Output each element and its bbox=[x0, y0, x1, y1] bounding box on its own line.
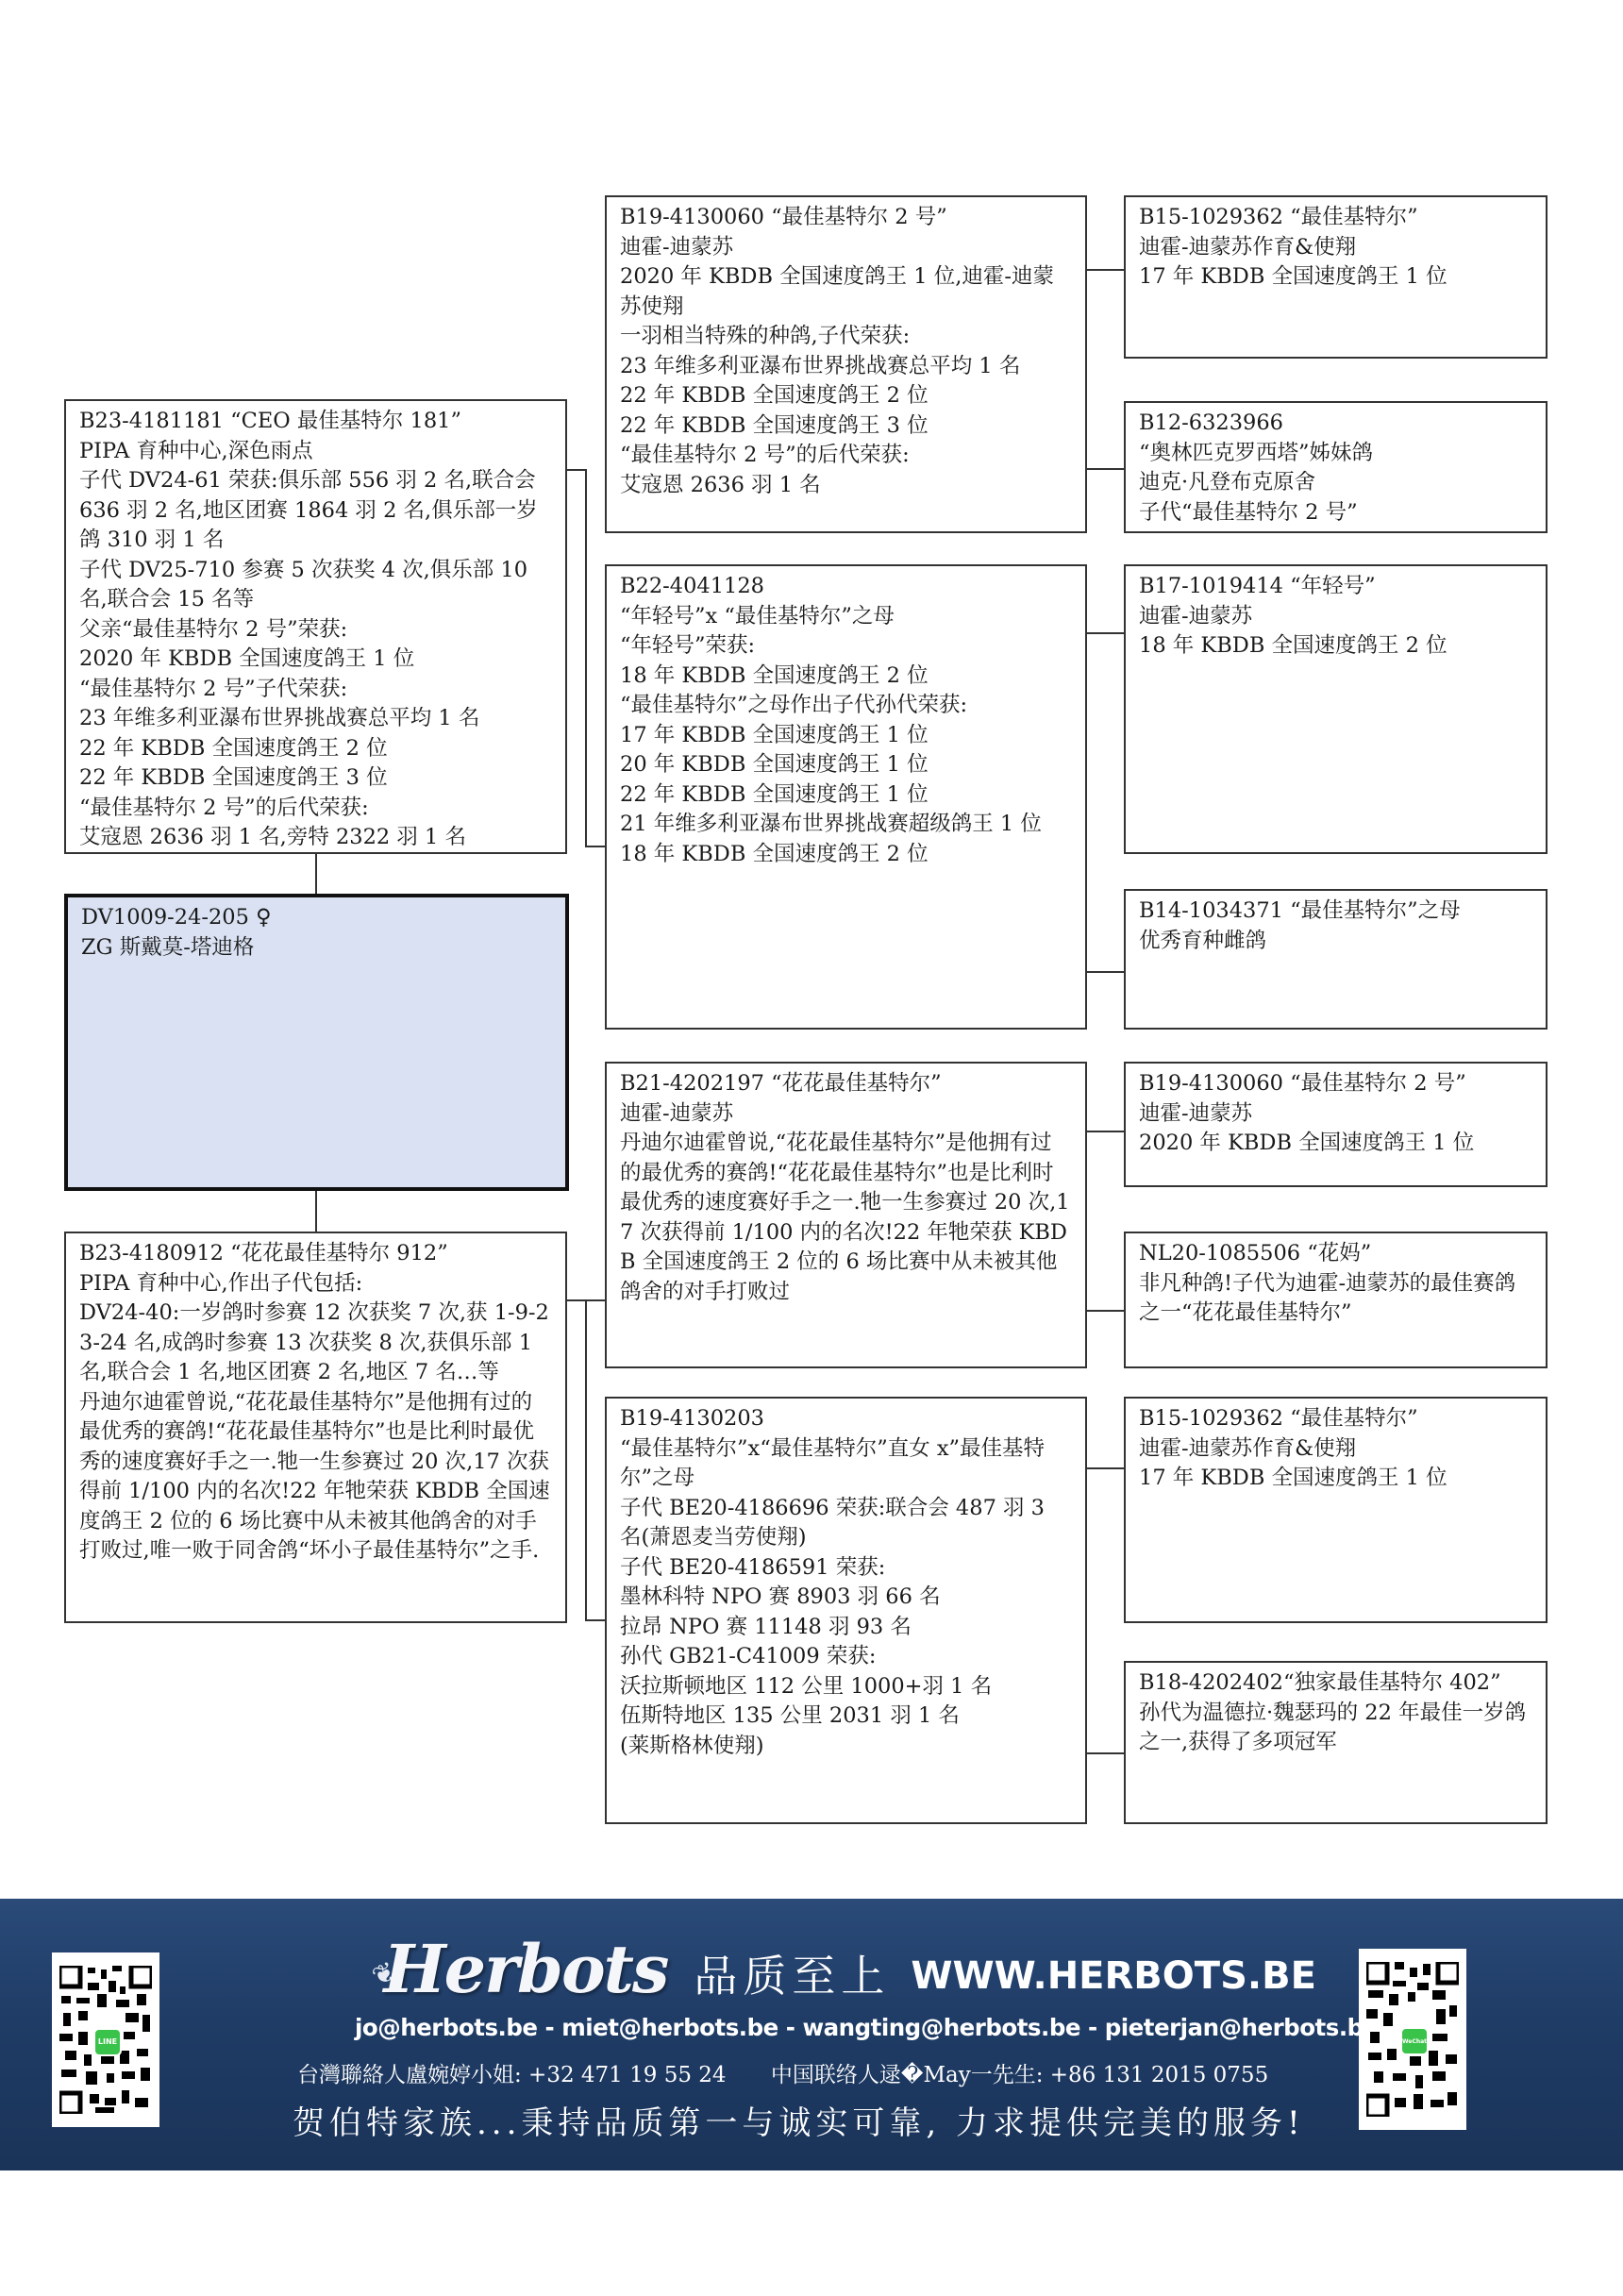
great-grandparent-card-8: B18-4202402“独家最佳基特尔 402” 孙代为温德拉·魏瑟玛的 22 … bbox=[1124, 1661, 1548, 1824]
subject-card: DV1009-24-205 ♀ ZG 斯戴莫-塔迪格 bbox=[64, 894, 569, 1191]
card-line: 优秀育种雌鸽 bbox=[1139, 927, 1532, 957]
dam-line: 丹迪尔迪霍曾说,“花花最佳基特尔”是他拥有过的最优秀的赛鸽!“花花最佳基特尔”也… bbox=[79, 1388, 552, 1567]
great-grandparent-card-3: B17-1019414 “年轻号” 迪霍-迪蒙苏 18 年 KBDB 全国速度鸽… bbox=[1124, 564, 1548, 854]
card-line: 迪霍-迪蒙苏作育&使翔 bbox=[1139, 233, 1532, 263]
card-line: 艾寇恩 2636 羽 1 名 bbox=[620, 471, 1072, 501]
connector-sire-trunk bbox=[585, 469, 587, 846]
card-line: B22-4041128 bbox=[620, 572, 1072, 602]
granddam-sire-side-card: B22-4041128 “年轻号”x “最佳基特尔”之母 “年轻号”荣获: 18… bbox=[605, 564, 1087, 1030]
wechat-app-icon: WeChat bbox=[1400, 2027, 1429, 2055]
sire-card: B23-4181181 “CEO 最佳基特尔 181” PIPA 育种中心,深色… bbox=[64, 399, 567, 854]
connector-gp4-ggp7 bbox=[1087, 1467, 1124, 1469]
connector-dam-trunk bbox=[585, 1299, 587, 1620]
grandsire-dam-side-card: B21-4202197 “花花最佳基特尔” 迪霍-迪蒙苏 丹迪尔迪霍曾说,“花花… bbox=[605, 1062, 1087, 1368]
family-motto: 贺伯特家族...秉持品质第一与诚实可靠, 力求提供完美的服务! bbox=[293, 2097, 1305, 2143]
card-line: 17 年 KBDB 全国速度鸽王 1 位 bbox=[1139, 262, 1532, 293]
card-line: B12-6323966 bbox=[1139, 409, 1532, 439]
connector-gp3-ggp6 bbox=[1087, 1310, 1124, 1312]
card-line: (莱斯格林使翔) bbox=[620, 1732, 1072, 1762]
brand-row: ❦ Herbots 品质至上 WWW.HERBOTS.BE bbox=[373, 1936, 1316, 2003]
line-qr-code[interactable]: LINE bbox=[52, 1952, 159, 2127]
great-grandparent-card-2: B12-6323966 “奥林匹克罗西塔”姊妹鸽 迪克·凡登布克原舍 子代“最佳… bbox=[1124, 401, 1548, 533]
sire-line: “最佳基特尔 2 号”子代荣获: bbox=[79, 675, 552, 705]
connector-gp2-ggp4 bbox=[1087, 971, 1124, 973]
card-line: 17 年 KBDB 全国速度鸽王 1 位 bbox=[1139, 1464, 1532, 1494]
contact-phones: 台灣聯絡人盧婉婷小姐: +32 471 19 55 24 中国联络人逯�May一… bbox=[297, 2057, 1306, 2088]
wechat-qr-code[interactable]: WeChat bbox=[1359, 1949, 1466, 2130]
qr-pattern: LINE bbox=[59, 1966, 152, 2114]
sire-line: 23 年维多利亚瀑布世界挑战赛总平均 1 名 bbox=[79, 704, 552, 734]
card-line: 22 年 KBDB 全国速度鸽王 2 位 bbox=[620, 381, 1072, 411]
card-line: 17 年 KBDB 全国速度鸽王 1 位 bbox=[620, 721, 1072, 751]
card-line: 孙代 GB21-C41009 荣获: bbox=[620, 1642, 1072, 1672]
sire-line: 2020 年 KBDB 全国速度鸽王 1 位 bbox=[79, 645, 552, 675]
email-addresses[interactable]: jo@herbots.be - miet@herbots.be - wangti… bbox=[355, 2014, 1379, 2041]
card-line: 拉昂 NPO 赛 11148 羽 93 名 bbox=[620, 1613, 1072, 1643]
dam-line: B23-4180912 “花花最佳基特尔 912” bbox=[79, 1239, 552, 1269]
card-line: 子代 BE20-4186696 荣获:联合会 487 羽 3 名(萧恩麦当劳使翔… bbox=[620, 1494, 1072, 1553]
card-line: B15-1029362 “最佳基特尔” bbox=[1139, 203, 1532, 233]
brand-slogan: 品质至上 bbox=[694, 1950, 890, 2003]
card-line: 伍斯特地区 135 公里 2031 羽 1 名 bbox=[620, 1701, 1072, 1732]
dam-card: B23-4180912 “花花最佳基特尔 912” PIPA 育种中心,作出子代… bbox=[64, 1232, 567, 1623]
herbots-logo: Herbots bbox=[383, 1936, 667, 2003]
line-app-icon: LINE bbox=[93, 2028, 122, 2056]
card-line: “最佳基特尔 2 号”的后代荣获: bbox=[620, 441, 1072, 471]
great-grandparent-card-4: B14-1034371 “最佳基特尔”之母 优秀育种雌鸽 bbox=[1124, 889, 1548, 1030]
connector-gp3-ggp5 bbox=[1087, 1131, 1124, 1132]
card-line: 18 年 KBDB 全国速度鸽王 2 位 bbox=[620, 662, 1072, 692]
card-line: 孙代为温德拉·魏瑟玛的 22 年最佳一岁鸽之一,获得了多项冠军 bbox=[1139, 1699, 1532, 1758]
card-line: 丹迪尔迪霍曾说,“花花最佳基特尔”是他拥有过的最优秀的赛鸽!“花花最佳基特尔”也… bbox=[620, 1129, 1072, 1307]
card-line: 迪克·凡登布克原舍 bbox=[1139, 468, 1532, 498]
card-line: “最佳基特尔”x“最佳基特尔”直女 x”最佳基特尔”之母 bbox=[620, 1434, 1072, 1494]
connector-dam-to-gp2 bbox=[585, 1619, 605, 1621]
great-grandparent-card-5: B19-4130060 “最佳基特尔 2 号” 迪霍-迪蒙苏 2020 年 KB… bbox=[1124, 1062, 1548, 1187]
connector-subject-dam bbox=[315, 1191, 317, 1232]
card-line: 迪霍-迪蒙苏 bbox=[620, 233, 1072, 263]
card-line: 2020 年 KBDB 全国速度鸽王 1 位,迪霍-迪蒙苏使翔 bbox=[620, 262, 1072, 322]
sire-line: PIPA 育种中心,深色雨点 bbox=[79, 437, 552, 467]
card-line: B18-4202402“独家最佳基特尔 402” bbox=[1139, 1668, 1532, 1699]
card-line: B14-1034371 “最佳基特尔”之母 bbox=[1139, 897, 1532, 927]
card-line: 20 年 KBDB 全国速度鸽王 1 位 bbox=[620, 750, 1072, 780]
sire-line: 子代 DV24-61 荣获:俱乐部 556 羽 2 名,联合会 636 羽 2 … bbox=[79, 466, 552, 556]
great-grandparent-card-7: B15-1029362 “最佳基特尔” 迪霍-迪蒙苏作育&使翔 17 年 KBD… bbox=[1124, 1397, 1548, 1623]
card-line: 22 年 KBDB 全国速度鸽王 3 位 bbox=[620, 411, 1072, 442]
card-line: 迪霍-迪蒙苏 bbox=[1139, 1099, 1532, 1130]
subject-ring-number: DV1009-24-205 ♀ bbox=[81, 903, 552, 933]
card-line: “奥林匹克罗西塔”姊妹鸽 bbox=[1139, 439, 1532, 469]
card-line: 子代 BE20-4186591 荣获: bbox=[620, 1553, 1072, 1584]
sire-line: B23-4181181 “CEO 最佳基特尔 181” bbox=[79, 407, 552, 437]
card-line: B17-1019414 “年轻号” bbox=[1139, 572, 1532, 602]
card-line: 一羽相当特殊的种鸽,子代荣获: bbox=[620, 322, 1072, 352]
card-line: B21-4202197 “花花最佳基特尔” bbox=[620, 1069, 1072, 1099]
sire-line: “最佳基特尔 2 号”的后代荣获: bbox=[79, 794, 552, 824]
connector-gp2-ggp3 bbox=[1087, 632, 1124, 634]
sire-line: 22 年 KBDB 全国速度鸽王 2 位 bbox=[79, 734, 552, 764]
card-line: 子代“最佳基特尔 2 号” bbox=[1139, 498, 1532, 528]
card-line: “年轻号”x “最佳基特尔”之母 bbox=[620, 602, 1072, 632]
connector-gp1-ggp1 bbox=[1087, 269, 1124, 271]
grandsire-sire-side-card: B19-4130060 “最佳基特尔 2 号” 迪霍-迪蒙苏 2020 年 KB… bbox=[605, 195, 1087, 533]
card-line: 2020 年 KBDB 全国速度鸽王 1 位 bbox=[1139, 1129, 1532, 1159]
card-line: 墨林科特 NPO 赛 8903 羽 66 名 bbox=[620, 1583, 1072, 1613]
granddam-dam-side-card: B19-4130203 “最佳基特尔”x“最佳基特尔”直女 x”最佳基特尔”之母… bbox=[605, 1397, 1087, 1824]
card-line: 21 年维多利亚瀑布世界挑战赛超级鸽王 1 位 bbox=[620, 810, 1072, 840]
sire-line: 艾寇恩 2636 羽 1 名,旁特 2322 羽 1 名 bbox=[79, 823, 552, 853]
china-contact: 中国联络人逯�May一先生: +86 131 2015 0755 bbox=[771, 2063, 1268, 2087]
qr-pattern: WeChat bbox=[1366, 1962, 1459, 2117]
dam-line: DV24-40:一岁鸽时参赛 12 次获奖 7 次,获 1-9-23-24 名,… bbox=[79, 1299, 552, 1388]
card-line: B19-4130203 bbox=[620, 1404, 1072, 1434]
subject-breeder: ZG 斯戴莫-塔迪格 bbox=[81, 933, 552, 964]
connector-gp1-ggp2 bbox=[1087, 468, 1124, 470]
sire-line: 子代 DV25-710 参赛 5 次获奖 4 次,俱乐部 10 名,联合会 15… bbox=[79, 556, 552, 615]
card-line: “年轻号”荣获: bbox=[620, 631, 1072, 662]
connector-sire-to-gp2 bbox=[585, 846, 605, 847]
great-grandparent-card-6: NL20-1085506 “花妈” 非凡种鸽!子代为迪霍-迪蒙苏的最佳赛鸽之一“… bbox=[1124, 1232, 1548, 1368]
connector-gp4-ggp8 bbox=[1087, 1752, 1124, 1754]
card-line: 迪霍-迪蒙苏 bbox=[1139, 602, 1532, 632]
connector-sire-subject bbox=[315, 854, 317, 894]
card-line: 18 年 KBDB 全国速度鸽王 2 位 bbox=[1139, 631, 1532, 662]
connector-sire-to-gp bbox=[567, 469, 586, 471]
taiwan-contact: 台灣聯絡人盧婉婷小姐: +32 471 19 55 24 bbox=[297, 2063, 727, 2087]
card-line: 迪霍-迪蒙苏 bbox=[620, 1099, 1072, 1130]
card-line: 23 年维多利亚瀑布世界挑战赛总平均 1 名 bbox=[620, 352, 1072, 382]
card-line: “最佳基特尔”之母作出子代孙代荣获: bbox=[620, 691, 1072, 721]
card-line: B19-4130060 “最佳基特尔 2 号” bbox=[620, 203, 1072, 233]
footer-banner: LINE ❦ Herbots 品质至上 WWW.HERBOTS.BE jo@he… bbox=[0, 1899, 1623, 2170]
dam-line: PIPA 育种中心,作出子代包括: bbox=[79, 1269, 552, 1299]
card-line: B15-1029362 “最佳基特尔” bbox=[1139, 1404, 1532, 1434]
card-line: 迪霍-迪蒙苏作育&使翔 bbox=[1139, 1434, 1532, 1465]
great-grandparent-card-1: B15-1029362 “最佳基特尔” 迪霍-迪蒙苏作育&使翔 17 年 KBD… bbox=[1124, 195, 1548, 359]
sire-line: 22 年 KBDB 全国速度鸽王 3 位 bbox=[79, 763, 552, 794]
website-link[interactable]: WWW.HERBOTS.BE bbox=[911, 1950, 1316, 2003]
card-line: NL20-1085506 “花妈” bbox=[1139, 1239, 1532, 1269]
card-line: 22 年 KBDB 全国速度鸽王 1 位 bbox=[620, 780, 1072, 811]
card-line: 非凡种鸽!子代为迪霍-迪蒙苏的最佳赛鸽之一“花花最佳基特尔” bbox=[1139, 1269, 1532, 1329]
card-line: 18 年 KBDB 全国速度鸽王 2 位 bbox=[620, 840, 1072, 870]
card-line: B19-4130060 “最佳基特尔 2 号” bbox=[1139, 1069, 1532, 1099]
sire-line: 父亲“最佳基特尔 2 号”荣获: bbox=[79, 615, 552, 645]
card-line: 沃拉斯顿地区 112 公里 1000+羽 1 名 bbox=[620, 1672, 1072, 1702]
